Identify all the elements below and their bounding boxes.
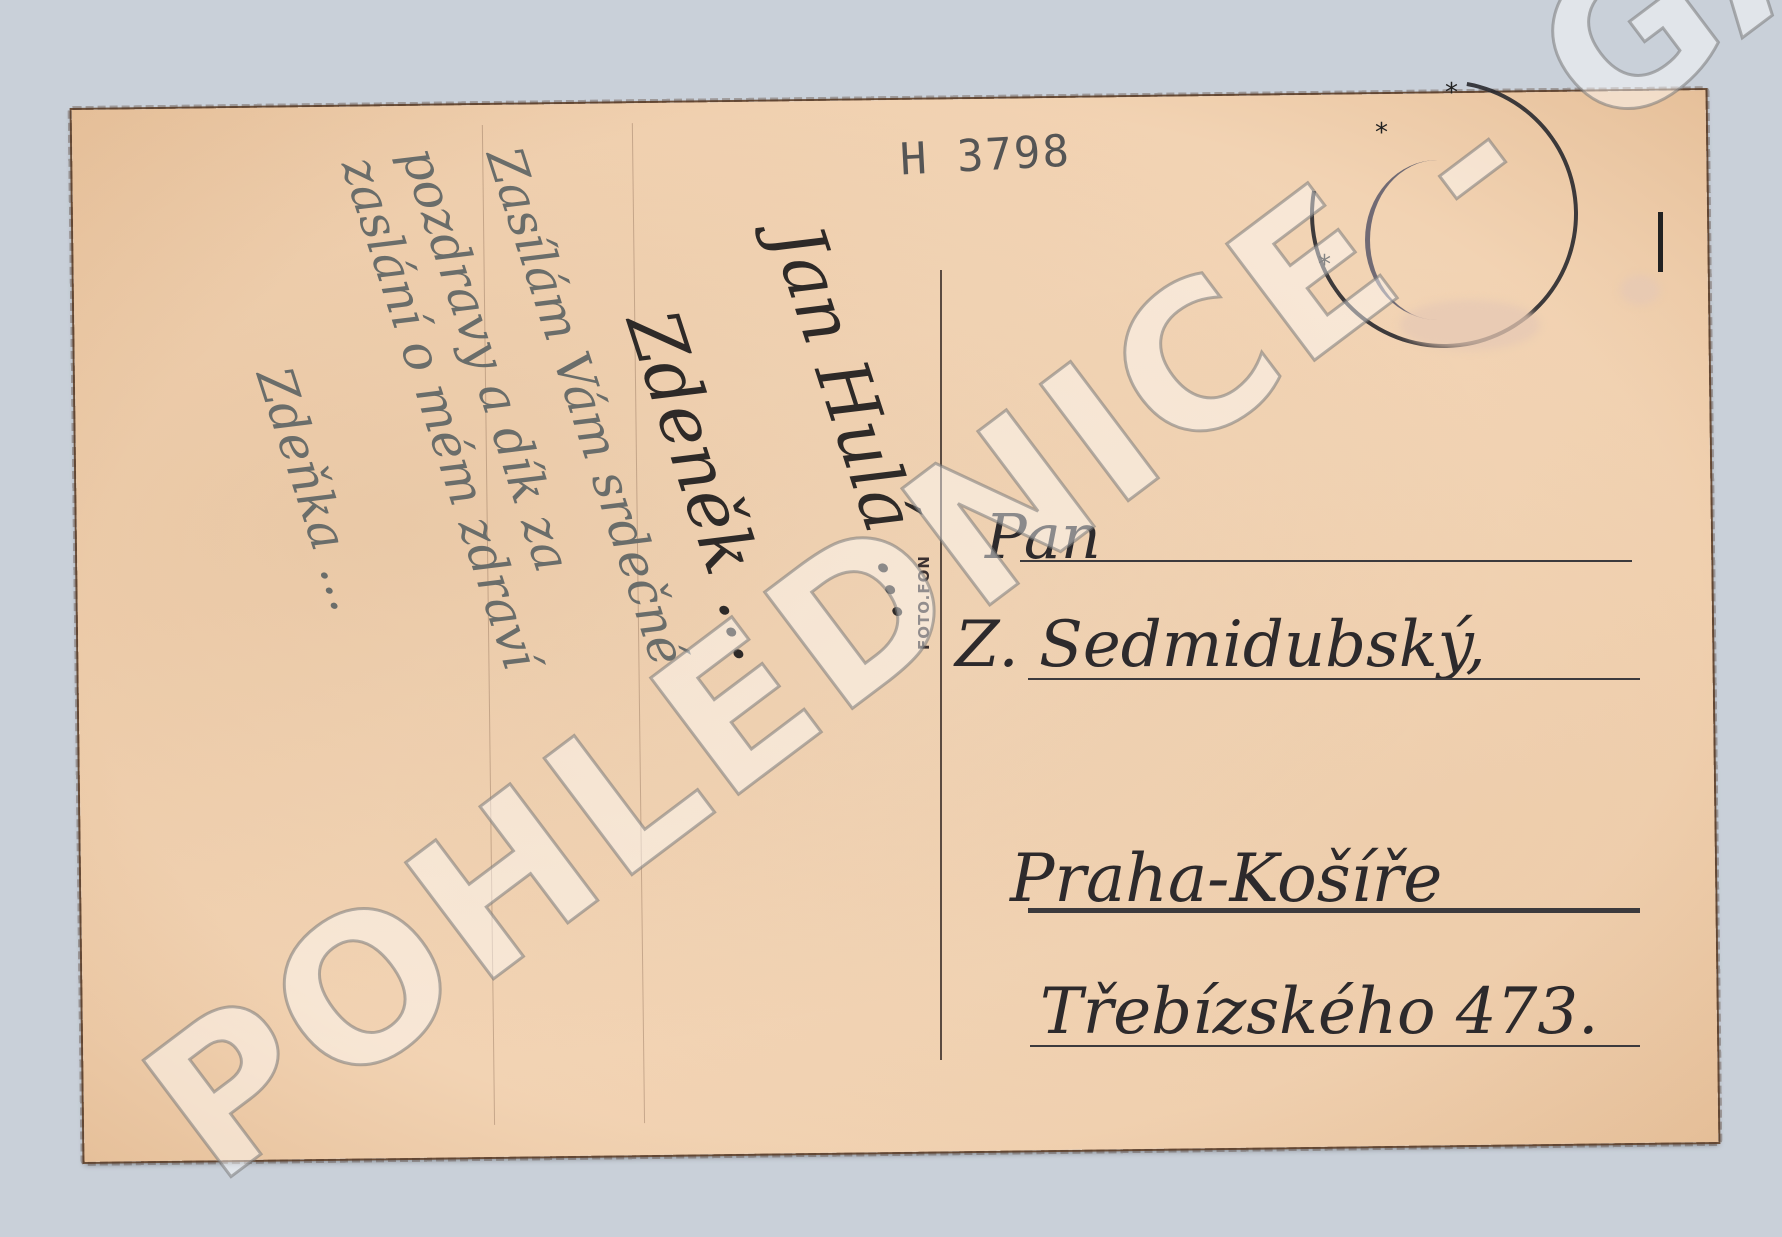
paper-stain [1620,275,1660,305]
postmark-bar [1658,212,1663,272]
postmark-inner-arc [1365,160,1510,320]
address-line [1028,678,1640,680]
address-divider [940,270,942,1060]
postmark-star-icon: * [1318,250,1331,280]
address-line [1028,908,1640,913]
address-street: Třebízského 473. [1040,975,1598,1049]
address-city: Praha-Košíře [1010,840,1442,917]
scan-scene: H 3798 * * * FOTO.FON Pan Z. Sedmidubský… [0,0,1782,1237]
address-name: Z. Sedmidubský, [955,608,1486,682]
address-line [1020,560,1632,562]
inventory-number: H 3798 [899,126,1072,186]
postmark-star-icon: * [1375,118,1388,148]
paper-stain [1400,300,1540,350]
postmark-star-icon: * [1445,78,1458,108]
address-salutation: Pan [985,500,1101,573]
address-line [1030,1045,1640,1047]
